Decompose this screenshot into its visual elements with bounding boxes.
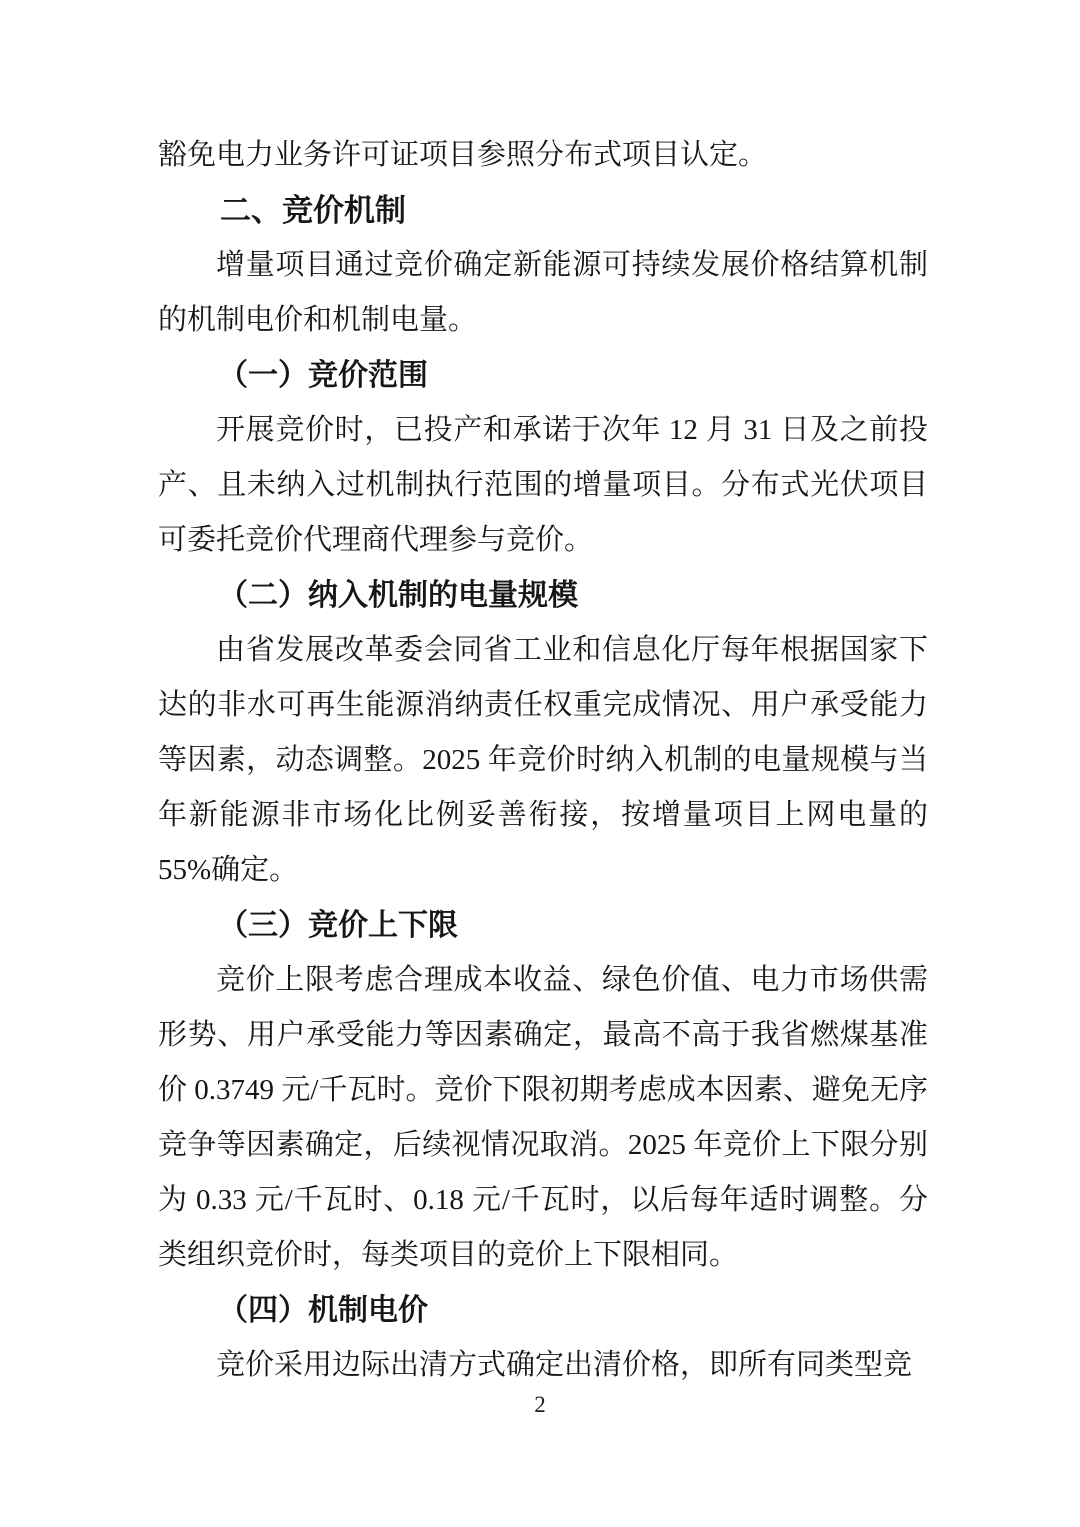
paragraph-bidding-scope: 开展竞价时，已投产和承诺于次年 12 月 31 日及之前投产、且未纳入过机制执行…	[158, 403, 928, 568]
paragraph-mechanism-price-partial: 竞价采用边际出清方式确定出清价格，即所有同类型竞	[158, 1338, 928, 1393]
paragraph-mechanism-intro: 增量项目通过竞价确定新能源可持续发展价格结算机制的机制电价和机制电量。	[158, 238, 928, 348]
document-body-text: 豁免电力业务许可证项目参照分布式项目认定。 二、竞价机制 增量项目通过竞价确定新…	[158, 128, 928, 1393]
paragraph-license-exemption-continued: 豁免电力业务许可证项目参照分布式项目认定。	[158, 128, 928, 183]
subheading-bidding-scope: （一）竞价范围	[158, 348, 928, 403]
subheading-price-limits: （三）竞价上下限	[158, 898, 928, 953]
paragraph-price-limits: 竞价上限考虑合理成本收益、绿色价值、电力市场供需形势、用户承受能力等因素确定，最…	[158, 953, 928, 1283]
page-number: 2	[0, 1392, 1080, 1418]
subheading-mechanism-price: （四）机制电价	[158, 1283, 928, 1338]
subheading-volume-scale: （二）纳入机制的电量规模	[158, 568, 928, 623]
paragraph-volume-scale: 由省发展改革委会同省工业和信息化厅每年根据国家下达的非水可再生能源消纳责任权重完…	[158, 623, 928, 898]
heading-bidding-mechanism: 二、竞价机制	[158, 183, 928, 238]
document-page: 豁免电力业务许可证项目参照分布式项目认定。 二、竞价机制 增量项目通过竞价确定新…	[0, 0, 1080, 1527]
